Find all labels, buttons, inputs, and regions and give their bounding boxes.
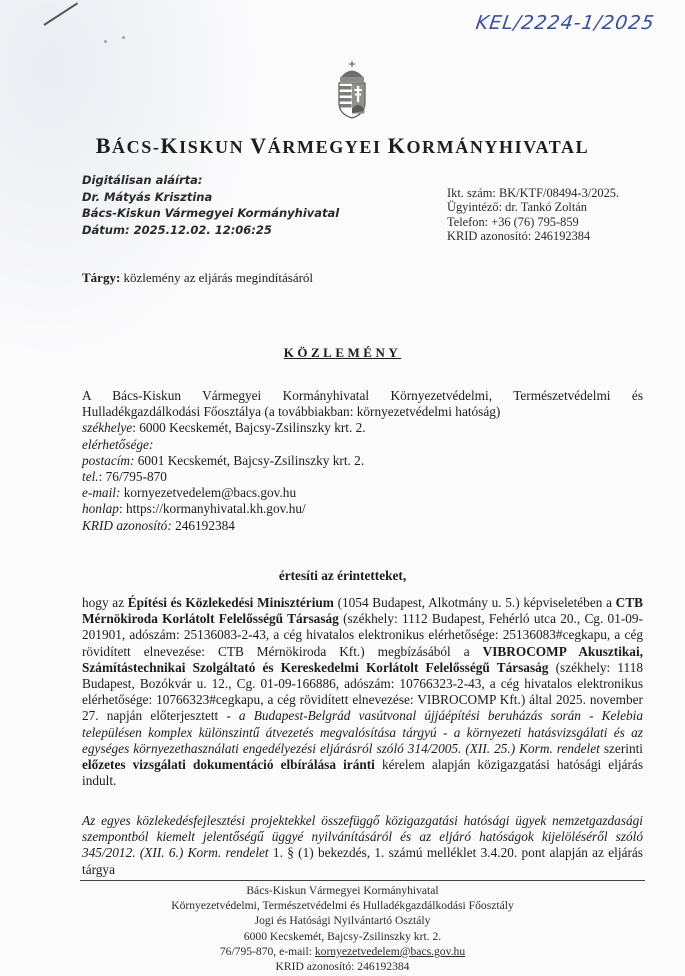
speck — [122, 36, 125, 39]
coat-of-arms-icon — [337, 61, 367, 119]
footer-divider — [80, 880, 645, 881]
footer-organization: Bács-Kiskun Vármegyei Kormányhivatal — [0, 883, 685, 898]
krid-id: KRID azonosító: 246192384 — [447, 229, 619, 243]
legal-basis-paragraph: Az egyes közlekedésfejlesztési projektek… — [82, 813, 643, 878]
authority-contact-label: elérhetősége: — [82, 437, 643, 453]
signature-date: Dátum: 2025.12.02. 12:06:25 — [82, 222, 339, 239]
signer-name: Dr. Mátyás Krisztina — [82, 189, 339, 206]
footer-unit: Jogi és Hatósági Nyilvántartó Osztály — [0, 913, 685, 928]
case-officer: Ügyintéző: dr. Tankó Zoltán — [447, 200, 619, 214]
footer-email-link[interactable]: kornyezetvedelem@bacs.gov.hu — [315, 945, 465, 958]
authority-krid: KRID azonosító: 246192384 — [82, 518, 643, 534]
document-title: KÖZLEMÉNY — [0, 345, 685, 361]
subject-label: Tárgy: — [82, 270, 120, 285]
speck — [104, 40, 107, 43]
signer-organization: Bács-Kiskun Vármegyei Kormányhivatal — [82, 205, 339, 222]
footer-contact: 76/795-870, e-mail: kornyezetvedelem@bac… — [0, 944, 685, 959]
subject-line: Tárgy: közlemény az eljárás megindításár… — [82, 270, 313, 286]
organization-title: BÁCS-KISKUN VÁRMEGYEI KORMÁNYHIVATAL — [0, 133, 685, 159]
authority-email: e-mail: kornyezetvedelem@bacs.gov.hu — [82, 485, 643, 501]
signature-label: Digitálisan aláírta: — [82, 172, 339, 189]
authority-details: A Bács-Kiskun Vármegyei Kormányhivatal K… — [82, 388, 643, 534]
phone: Telefon: +36 (76) 795-859 — [447, 215, 619, 229]
file-number: Ikt. szám: BK/KTF/08494-3/2025. — [447, 186, 619, 200]
authority-postal: postacím: 6001 Kecskemét, Bajcsy-Zsilins… — [82, 453, 643, 469]
footer-krid: KRID azonosító: 246192384 — [0, 959, 685, 974]
footer-address: 6000 Kecskemét, Bajcsy-Zsilinszky krt. 2… — [0, 929, 685, 944]
authority-intro-line-1: A Bács-Kiskun Vármegyei Kormányhivatal K… — [82, 388, 643, 404]
main-paragraph: hogy az Építési és Közlekedési Minisztér… — [82, 595, 643, 789]
authority-website: honlap: https://kormanyhivatal.kh.gov.hu… — [82, 501, 643, 517]
digital-signature-block: Digitálisan aláírta: Dr. Mátyás Krisztin… — [82, 172, 339, 238]
authority-seat: székhelye: 6000 Kecskemét, Bajcsy-Zsilin… — [82, 420, 643, 436]
subject-text: közlemény az eljárás megindításáról — [120, 270, 313, 285]
authority-phone: tel.: 76/795-870 — [82, 469, 643, 485]
pen-mark — [43, 2, 78, 25]
footer: Bács-Kiskun Vármegyei Kormányhivatal Kör… — [0, 883, 685, 974]
footer-department: Környezetvédelmi, Természetvédelmi és Hu… — [0, 898, 685, 913]
notify-line: értesíti az érintetteket, — [0, 568, 685, 584]
handwritten-reference: KEL/2224-1/2025 — [474, 12, 656, 34]
authority-intro-line-2: Hulladékgazdálkodási Főosztálya (a továb… — [82, 404, 643, 420]
ministry-name: Építési és Közlekedési Minisztérium — [128, 595, 334, 610]
reference-block: Ikt. szám: BK/KTF/08494-3/2025. Ügyintéz… — [447, 186, 619, 243]
procedure-type: előzetes vizsgálati dokumentáció elbírál… — [82, 757, 375, 772]
